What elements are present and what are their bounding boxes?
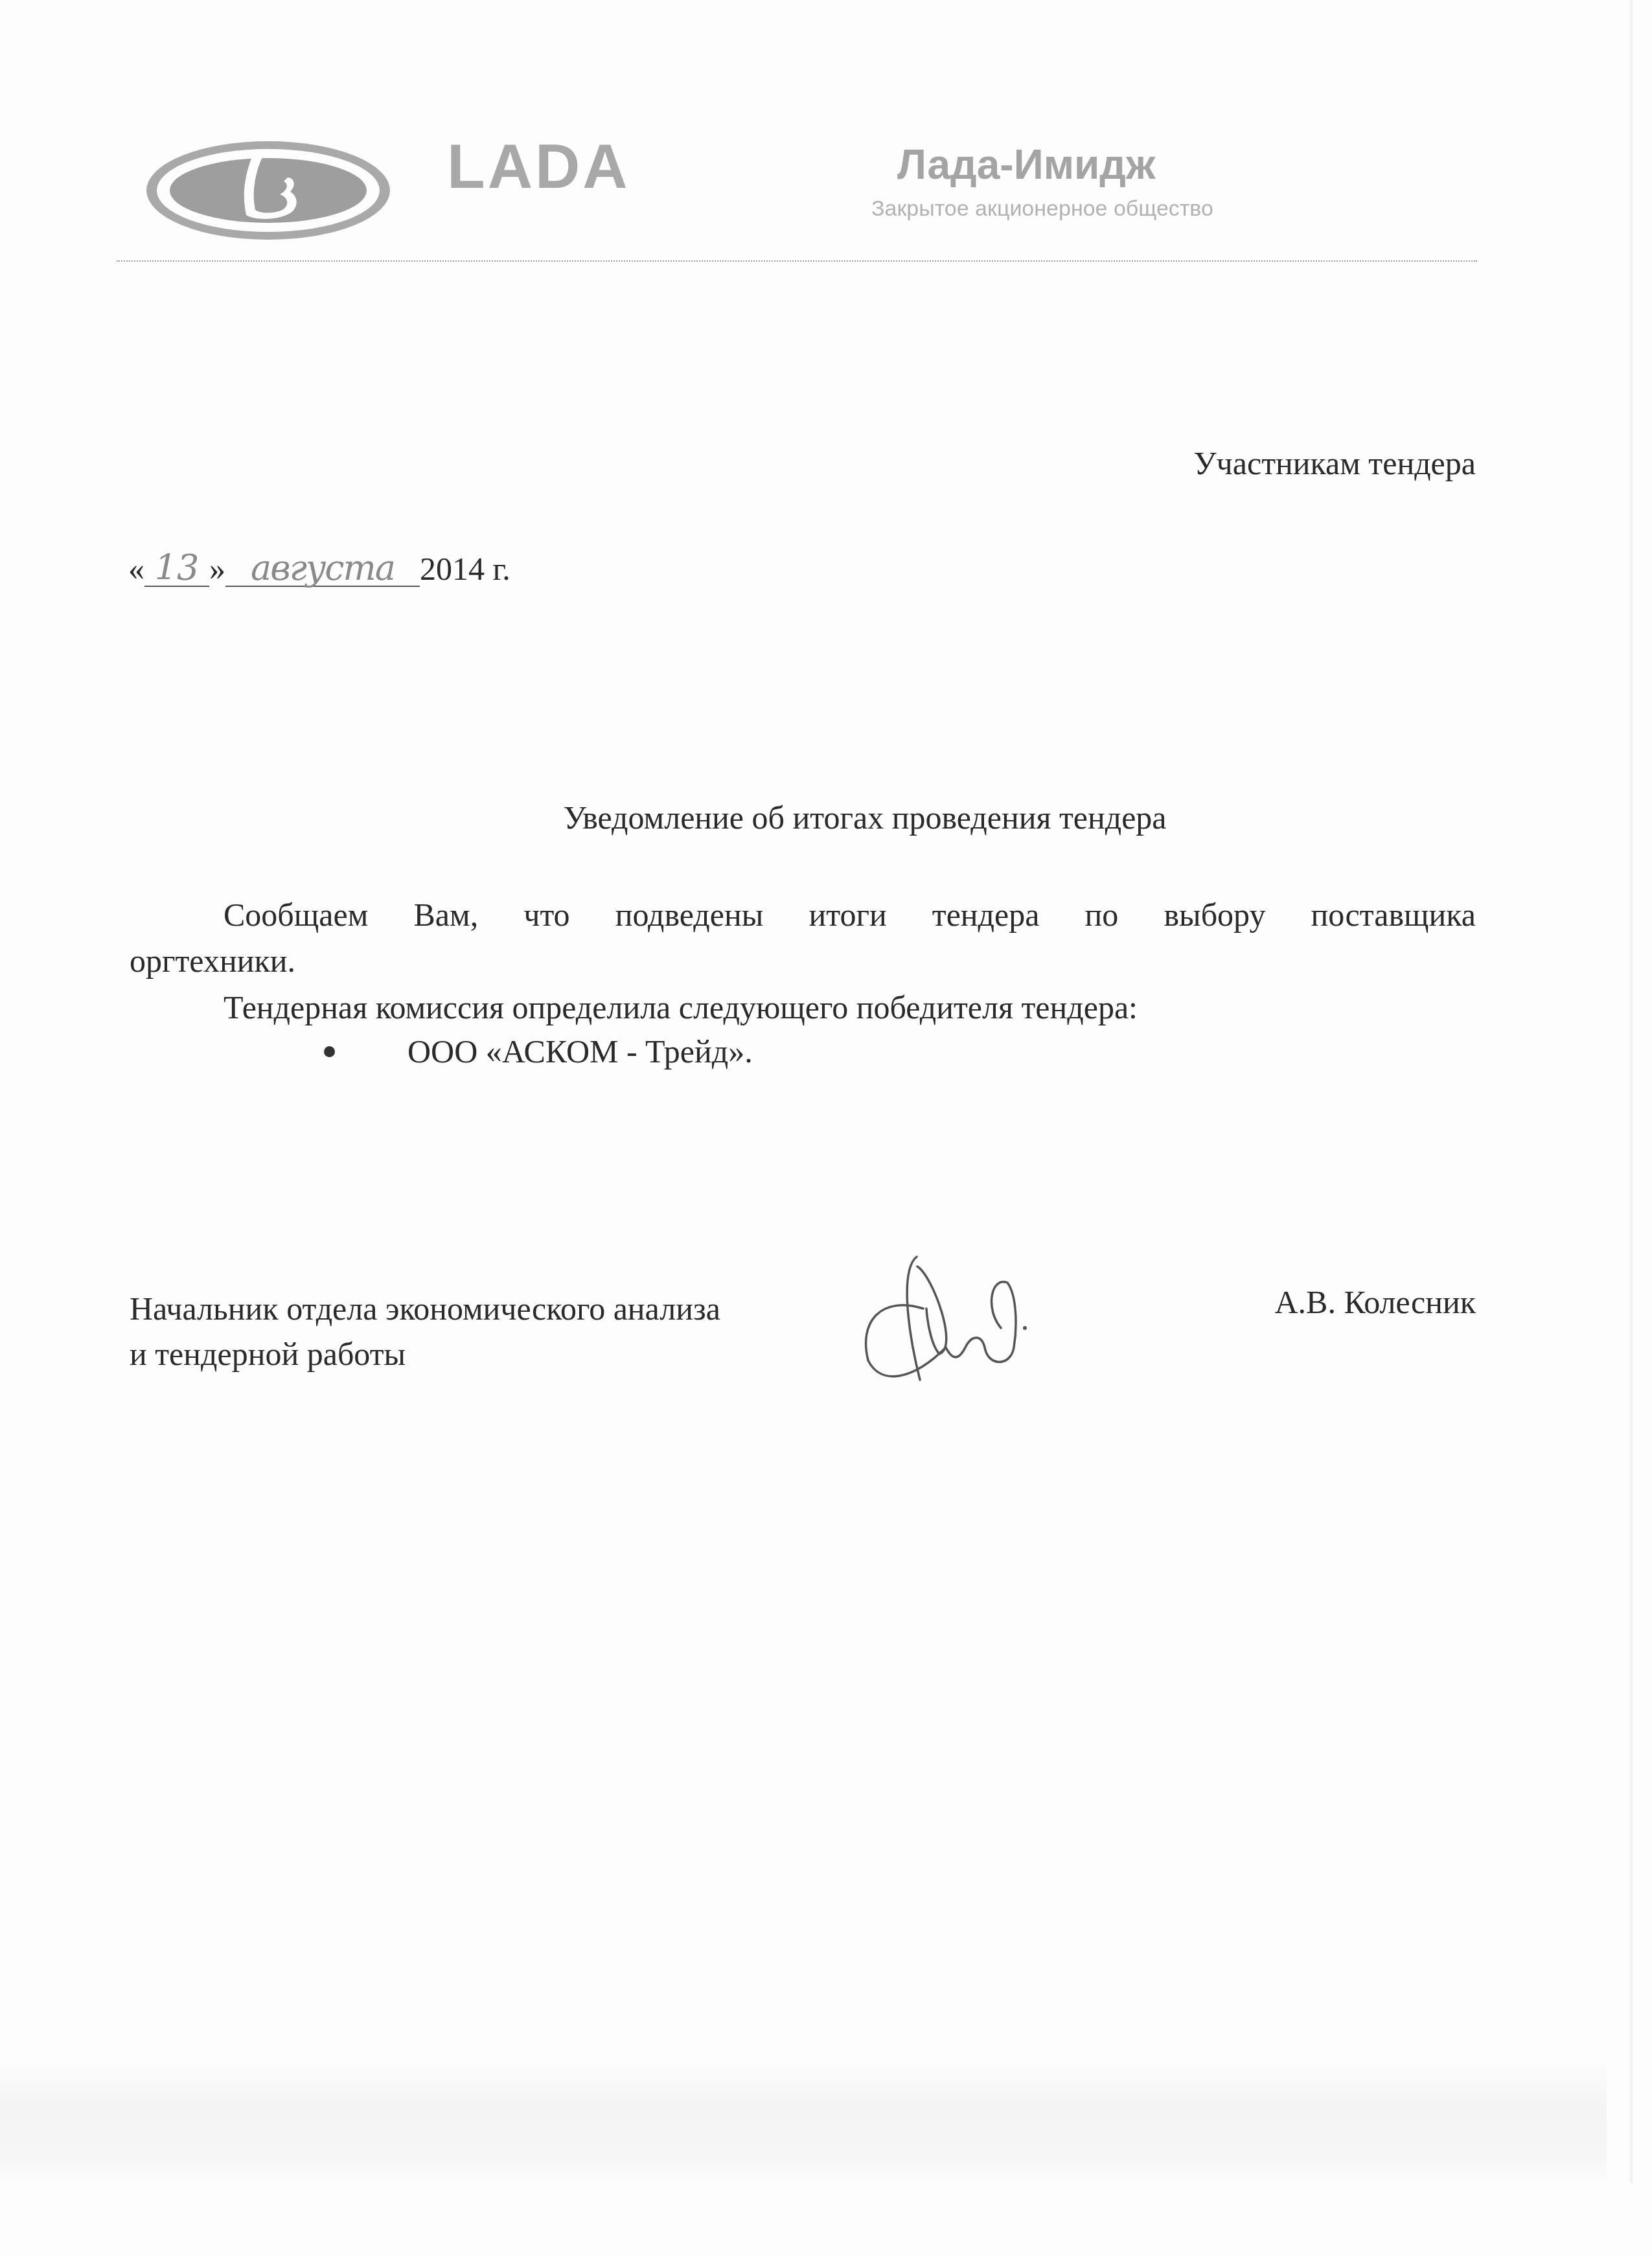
date-day: 13	[144, 551, 209, 587]
body-paragraph-2: Тендерная комиссия определила следующего…	[130, 991, 1476, 1024]
body-paragraph-1: Сообщаем Вам, что подведены итоги тендер…	[130, 899, 1476, 931]
lada-boat-emblem-icon	[144, 139, 393, 242]
body-paragraph-1-continuation: оргтехники.	[130, 944, 1476, 977]
date-close-quote: »	[209, 553, 225, 585]
date-year: 2014 г.	[420, 553, 511, 585]
company-type: Закрытое акционерное общество	[871, 198, 1213, 220]
header-divider	[117, 260, 1477, 262]
signatory-name: А.В. Колесник	[1274, 1286, 1476, 1318]
addressee: Участникам тендера	[1193, 447, 1476, 479]
scan-edge	[1629, 0, 1633, 2183]
winner-name: ООО «АСКОМ - Трейд».	[407, 1035, 753, 1068]
handwritten-signature-icon	[855, 1250, 1147, 1399]
scan-artifact	[0, 2060, 1607, 2183]
company-name: Лада-Имидж	[897, 144, 1155, 185]
document-page: LADA Лада-Имидж Закрытое акционерное общ…	[0, 0, 1652, 2255]
winner-list-item: ООО «АСКОМ - Трейд».	[324, 1035, 753, 1068]
signatory-role-line-2: и тендерной работы	[130, 1331, 720, 1377]
signatory-role-line-1: Начальник отдела экономического анализа	[130, 1286, 720, 1331]
date-line: « 13 » августа 2014 г.	[128, 551, 511, 587]
date-month: августа	[225, 551, 420, 587]
brand-name: LADA	[447, 136, 630, 198]
date-open-quote: «	[128, 553, 144, 585]
document-title: Уведомление об итогах проведения тендера	[0, 801, 1652, 834]
signatory-role: Начальник отдела экономического анализа …	[130, 1286, 720, 1377]
bullet-icon	[324, 1046, 335, 1057]
